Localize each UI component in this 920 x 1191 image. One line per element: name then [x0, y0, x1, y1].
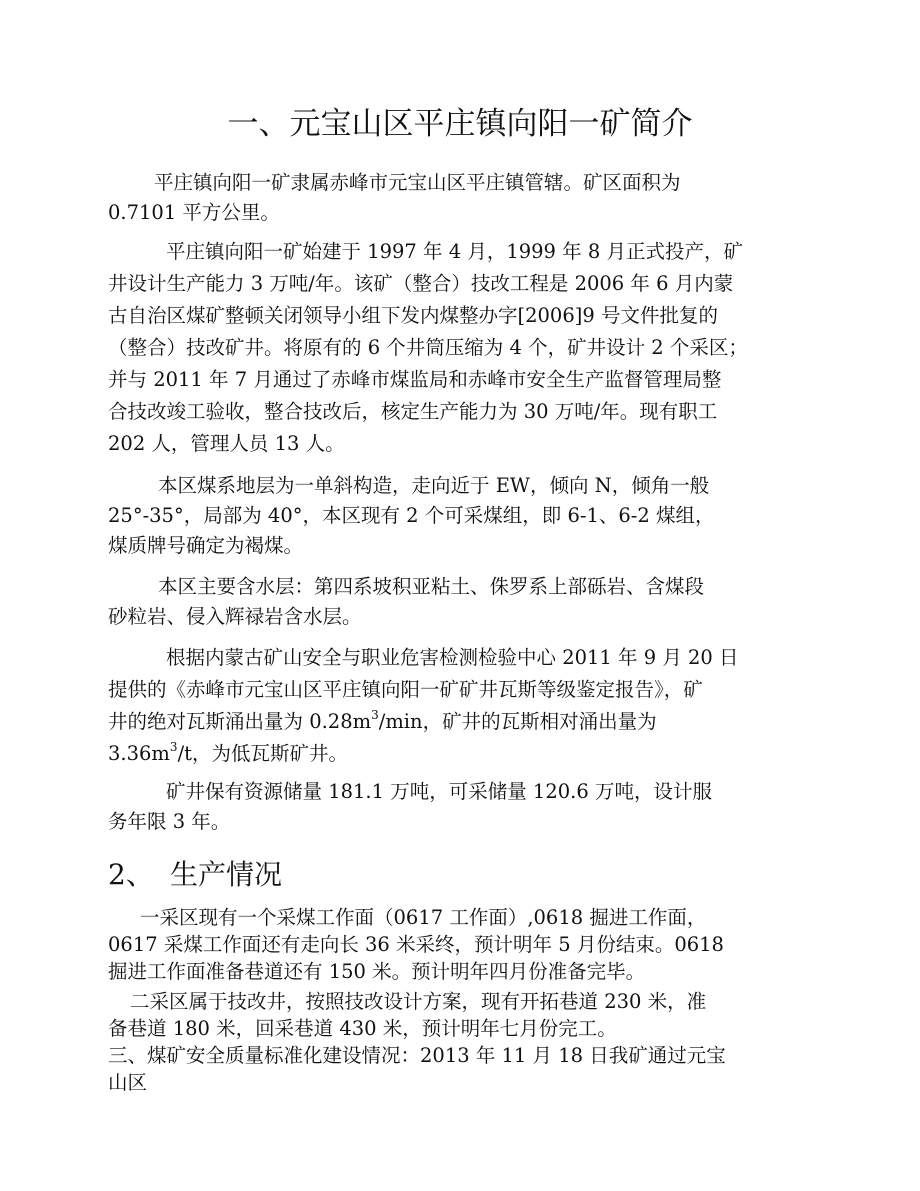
paragraph-line: 平庄镇向阳一矿隶属赤峰市元宝山区平庄镇管辖。矿区面积为: [154, 171, 681, 195]
superscript: 3: [170, 740, 178, 754]
paragraph-line: 砂粒岩、侵入辉禄岩含水层。: [108, 605, 362, 629]
paragraph-line: 3.36m3/t，为低瓦斯矿井。: [108, 742, 348, 766]
paragraph-line: 一采区现有一个采煤工作面（0617 工作面）,0618 掘进工作面，: [140, 906, 706, 930]
line-text: /min，矿井的瓦斯相对涌出量为: [379, 710, 657, 733]
section-heading-production: 2、生产情况: [108, 855, 282, 895]
paragraph-line: 备巷道 180 米，回采巷道 430 米，预计明年七月份完工。: [108, 1017, 617, 1041]
paragraph-line: 202 人，管理人员 13 人。: [108, 432, 345, 456]
superscript: 3: [371, 708, 379, 722]
paragraph-line: 三、煤矿安全质量标准化建设情况：2013 年 11 月 18 日我矿通过元宝: [108, 1044, 726, 1068]
line-text: 井的绝对瓦斯涌出量为 0.28m: [108, 710, 371, 733]
paragraph-line: 务年限 3 年。: [108, 810, 230, 834]
paragraph-line: 本区主要含水层：第四系坡积亚粘土、侏罗系上部砾岩、含煤段: [158, 575, 704, 599]
paragraph-line: 井的绝对瓦斯涌出量为 0.28m3/min，矿井的瓦斯相对涌出量为: [108, 710, 657, 734]
document-title: 一、元宝山区平庄镇向阳一矿简介: [0, 104, 920, 144]
paragraph-line: 25°-35°，局部为 40°，本区现有 2 个可采煤组，即 6-1、6-2 煤…: [108, 504, 714, 528]
line-text: 3.36m: [108, 742, 170, 765]
paragraph-line: 古自治区煤矿整顿关闭领导小组下发内煤整办字[2006]9 号文件批复的: [108, 304, 718, 328]
section-number: 2、: [108, 855, 170, 895]
paragraph-line: 0617 采煤工作面还有走向长 36 米采终，预计明年 5 月份结束。0618: [108, 933, 724, 957]
paragraph-line: 平庄镇向阳一矿始建于 1997 年 4 月，1999 年 8 月正式投产，矿: [166, 240, 743, 264]
paragraph-line: 煤质牌号确定为褐煤。: [108, 534, 303, 558]
line-text: /t，为低瓦斯矿井。: [178, 742, 348, 765]
paragraph-line: 掘进工作面准备巷道还有 150 米。预计明年四月份准备完毕。: [108, 960, 645, 984]
paragraph-line: 山区: [108, 1071, 147, 1095]
paragraph-line: 并与 2011 年 7 月通过了赤峰市煤监局和赤峰市安全生产监督管理局整: [108, 368, 721, 392]
paragraph-line: 二采区属于技改井，按照技改设计方案，现有开拓巷道 230 米，准: [130, 990, 706, 1014]
paragraph-line: 根据内蒙古矿山安全与职业危害检测检验中心 2011 年 9 月 20 日: [166, 646, 739, 670]
paragraph-line: （整合）技改矿井。将原有的 6 个井筒压缩为 4 个，矿井设计 2 个采区；: [108, 336, 748, 360]
paragraph-line: 本区煤系地层为一单斜构造，走向近于 EW，倾向 N，倾角一般: [158, 474, 709, 498]
paragraph-line: 0.7101 平方公里。: [108, 201, 280, 225]
paragraph-line: 提供的《赤峰市元宝山区平庄镇向阳一矿矿井瓦斯等级鉴定报告》，矿: [108, 678, 703, 702]
paragraph-line: 矿井保有资源储量 181.1 万吨，可采储量 120.6 万吨，设计服: [166, 780, 712, 804]
paragraph-line: 合技改竣工验收，整合技改后，核定生产能力为 30 万吨/年。现有职工: [108, 400, 717, 424]
paragraph-line: 井设计生产能力 3 万吨/年。该矿（整合）技改工程是 2006 年 6 月内蒙: [108, 272, 733, 296]
section-title: 生产情况: [170, 858, 282, 891]
document-page: 一、元宝山区平庄镇向阳一矿简介 平庄镇向阳一矿隶属赤峰市元宝山区平庄镇管辖。矿区…: [0, 0, 920, 1191]
